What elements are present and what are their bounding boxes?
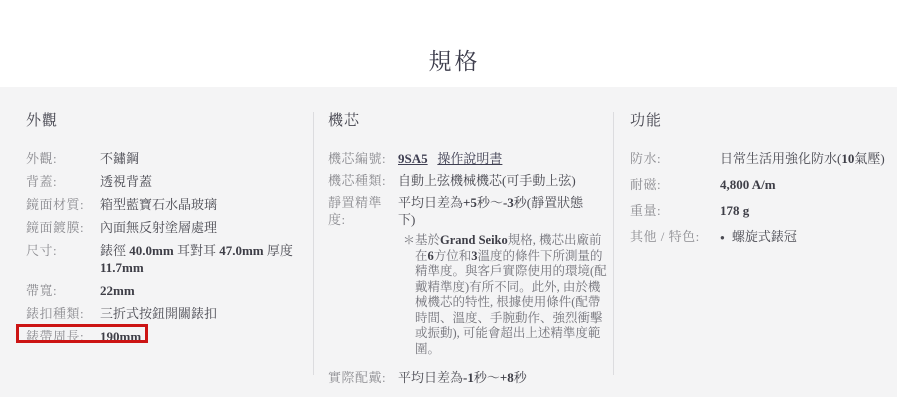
spec-row: 外觀:不鏽鋼 [26,150,306,167]
spec-label: 尺寸: [26,242,100,276]
movement-rows: 機芯編號:9SA5 操作說明書機芯種類:自動上弦機械機芯(可手動上弦)靜置精準度… [328,150,600,391]
spec-row: 重量:178 g [630,202,888,219]
spec-label: 外觀: [26,150,100,167]
spec-value: 三折式按鈕開關錶扣 [100,305,306,322]
spec-value: 錶徑 40.0mm 耳對耳 47.0mm 厚度11.7mm [100,242,306,276]
spec-value: 22mm [100,282,306,299]
bullet-icon: ● [720,233,725,242]
text-segment: 秒～ [474,370,500,385]
text-segment: 秒～ [477,195,503,210]
text-segment: 內面無反射塗層處理 [100,220,217,235]
text-segment: +8 [500,370,514,385]
column-functions: 功能 防水:日常生活用強化防水(10氣壓)耐磁:4,800 A/m重量:178 … [630,87,888,397]
spec-row: 靜置精準度:平均日差為+5秒～-3秒(靜置狀態下) [328,194,600,228]
text-segment: 47.0mm [219,243,263,258]
text-segment: 不鏽鋼 [100,151,139,166]
column-header-appearance: 外觀 [26,109,58,130]
footnote-text: 基於Grand Seiko規格, 機芯出廠前在6方位和3溫度的條件下所測量的精準… [415,233,607,357]
caliber-9sa5-link[interactable]: 9SA5 [398,151,428,166]
instruction-manual-link[interactable]: 操作說明書 [437,151,502,166]
text-segment [428,151,438,166]
column-divider [313,112,314,375]
text-segment: 透視背蓋 [100,174,152,189]
text-segment: +5 [463,195,477,210]
spec-row: 耐磁:4,800 A/m [630,176,888,193]
spec-label: 鏡面材質: [26,196,100,213]
text-segment: 耳對耳 [174,243,220,258]
spec-value: 9SA5 操作說明書 [398,150,600,167]
text-segment: 11.7mm [100,260,144,275]
text-segment: 三折式按鈕開關錶扣 [100,306,217,321]
spec-label: 背蓋: [26,173,100,190]
spec-label: 重量: [630,202,720,219]
spec-row: 機芯編號:9SA5 操作說明書 [328,150,600,167]
text-segment: 自動上弦機械機芯(可手動上弦) [398,173,576,188]
text-segment: 平均日差為 [398,195,463,210]
column-divider [613,112,614,375]
text-segment: 4,800 A/m [720,177,776,192]
spec-value: 自動上弦機械機芯(可手動上弦) [398,172,600,189]
spec-row: 鏡面材質:箱型藍寶石水晶玻璃 [26,196,306,213]
accuracy-footnote: ＊基於Grand Seiko規格, 機芯出廠前在6方位和3溫度的條件下所測量的精… [403,233,607,357]
spec-label: 其他 / 特色: [630,228,720,246]
text-segment: 氣壓) [854,151,884,166]
spec-row: 實際配戴:平均日差為-1秒～+8秒 [328,369,600,386]
spec-value: ●螺旋式錶冠 [720,228,888,246]
text-segment: -3 [503,195,514,210]
text-segment: 錶徑 [100,243,129,258]
spec-label: 機芯種類: [328,172,398,189]
spec-label: 耐磁: [630,176,720,193]
text-segment: 螺旋式錶冠 [732,229,797,244]
column-appearance: 外觀 外觀:不鏽鋼背蓋:透視背蓋鏡面材質:箱型藍寶石水晶玻璃鏡面鍍膜:內面無反射… [26,87,306,397]
page-title: 規格 [0,43,909,76]
spec-row: 機芯種類:自動上弦機械機芯(可手動上弦) [328,172,600,189]
text-segment: 10 [841,151,854,166]
column-header-functions: 功能 [630,109,662,130]
spec-value: 日常生活用強化防水(10氣壓) [720,150,888,167]
asterisk-marker: ＊ [403,233,415,357]
functions-rows: 防水:日常生活用強化防水(10氣壓)耐磁:4,800 A/m重量:178 g其他… [630,150,888,255]
spec-label: 機芯編號: [328,150,398,167]
text-segment: 箱型藍寶石水晶玻璃 [100,197,217,212]
spec-label: 防水: [630,150,720,167]
text-segment: 178 g [720,203,749,218]
spec-row: 錶帶周長:190mm [26,328,306,345]
spec-value: 平均日差為-1秒～+8秒 [398,369,600,386]
spec-value: 內面無反射塗層處理 [100,219,306,236]
text-segment: 基於 [415,233,440,247]
spec-row: 錶扣種類:三折式按鈕開關錶扣 [26,305,306,322]
text-segment: 40.0mm [129,243,173,258]
spec-panel: 外觀 外觀:不鏽鋼背蓋:透視背蓋鏡面材質:箱型藍寶石水晶玻璃鏡面鍍膜:內面無反射… [0,87,897,397]
spec-value: 178 g [720,202,888,219]
text-segment: 厚度 [264,243,293,258]
spec-row: 其他 / 特色:●螺旋式錶冠 [630,228,888,246]
spec-row: 背蓋:透視背蓋 [26,173,306,190]
text-segment: 22mm [100,283,135,298]
text-segment: 190mm [100,329,141,344]
appearance-rows: 外觀:不鏽鋼背蓋:透視背蓋鏡面材質:箱型藍寶石水晶玻璃鏡面鍍膜:內面無反射塗層處… [26,150,306,351]
text-segment: Grand Seiko [440,233,508,247]
text-segment: 溫度的條件下所測量的精準度。與客戶實際使用的環境(配戴精準度)有所不同。此外, … [415,249,607,356]
spec-label: 鏡面鍍膜: [26,219,100,236]
text-segment: 日常生活用強化防水( [720,151,841,166]
spec-label: 實際配戴: [328,369,398,386]
spec-label: 錶扣種類: [26,305,100,322]
spec-row: 尺寸:錶徑 40.0mm 耳對耳 47.0mm 厚度11.7mm [26,242,306,276]
spec-row: 鏡面鍍膜:內面無反射塗層處理 [26,219,306,236]
text-segment: 秒 [514,370,527,385]
spec-value: 箱型藍寶石水晶玻璃 [100,196,306,213]
column-header-movement: 機芯 [328,109,360,130]
spec-value: 不鏽鋼 [100,150,306,167]
spec-value: 透視背蓋 [100,173,306,190]
text-segment: -1 [463,370,474,385]
spec-value: 平均日差為+5秒～-3秒(靜置狀態下) [398,194,600,228]
text-segment: 平均日差為 [398,370,463,385]
column-movement: 機芯 機芯編號:9SA5 操作說明書機芯種類:自動上弦機械機芯(可手動上弦)靜置… [328,87,600,397]
spec-label: 帶寬: [26,282,100,299]
spec-value: 4,800 A/m [720,176,888,193]
text-segment: 方位和 [434,249,472,263]
spec-label: 靜置精準度: [328,194,398,228]
spec-row: 帶寬:22mm [26,282,306,299]
spec-label: 錶帶周長: [26,328,100,345]
spec-value: 190mm [100,328,306,345]
spec-row: 防水:日常生活用強化防水(10氣壓) [630,150,888,167]
